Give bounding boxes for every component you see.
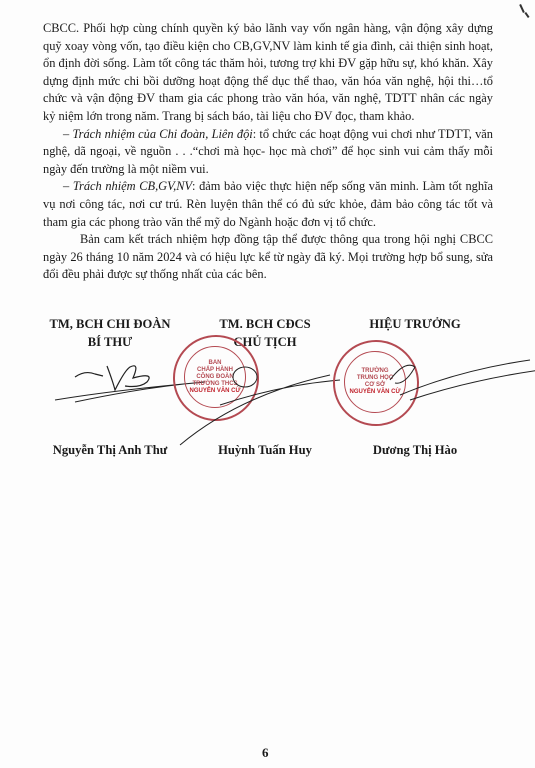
signature-block-youth-union: TM, BCH CHI ĐOÀN BÍ THƯ xyxy=(40,316,180,351)
handwritten-signature-icon xyxy=(380,355,535,405)
scan-mark xyxy=(519,4,525,13)
handwritten-signature-icon xyxy=(180,355,340,445)
signature-title: HIỆU TRƯỞNG xyxy=(345,316,485,334)
paragraph-union-duties: CBCC. Phối hợp cùng chính quyền ký bảo l… xyxy=(43,20,493,126)
signature-name: Dương Thị Hào xyxy=(345,443,485,458)
staff-duties-label: – Trách nhiệm CB,GV,NV xyxy=(63,179,192,193)
document-page: CBCC. Phối hợp cùng chính quyền ký bảo l… xyxy=(0,0,535,768)
signature-block-principal: HIỆU TRƯỞNG xyxy=(345,316,485,334)
paragraph-effectiveness: Bản cam kết trách nhiệm hợp đồng tập thể… xyxy=(43,231,493,284)
signature-title: BÍ THƯ xyxy=(40,334,180,352)
signature-org: TM, BCH CHI ĐOÀN xyxy=(40,316,180,334)
paragraph-youth-union-duties: – Trách nhiệm của Chi đoàn, Liên đội: tổ… xyxy=(43,126,493,179)
youth-union-label: – Trách nhiệm của Chi đoàn, Liên đội xyxy=(63,127,253,141)
signature-name: Huỳnh Tuấn Huy xyxy=(195,443,335,458)
signature-org: TM. BCH CĐCS xyxy=(195,316,335,334)
scan-mark xyxy=(524,12,529,18)
page-number: 6 xyxy=(262,745,269,761)
document-body: CBCC. Phối hợp cùng chính quyền ký bảo l… xyxy=(43,20,493,284)
paragraph-staff-duties: – Trách nhiệm CB,GV,NV: đảm bảo việc thự… xyxy=(43,178,493,231)
signature-name: Nguyễn Thị Anh Thư xyxy=(40,443,180,458)
